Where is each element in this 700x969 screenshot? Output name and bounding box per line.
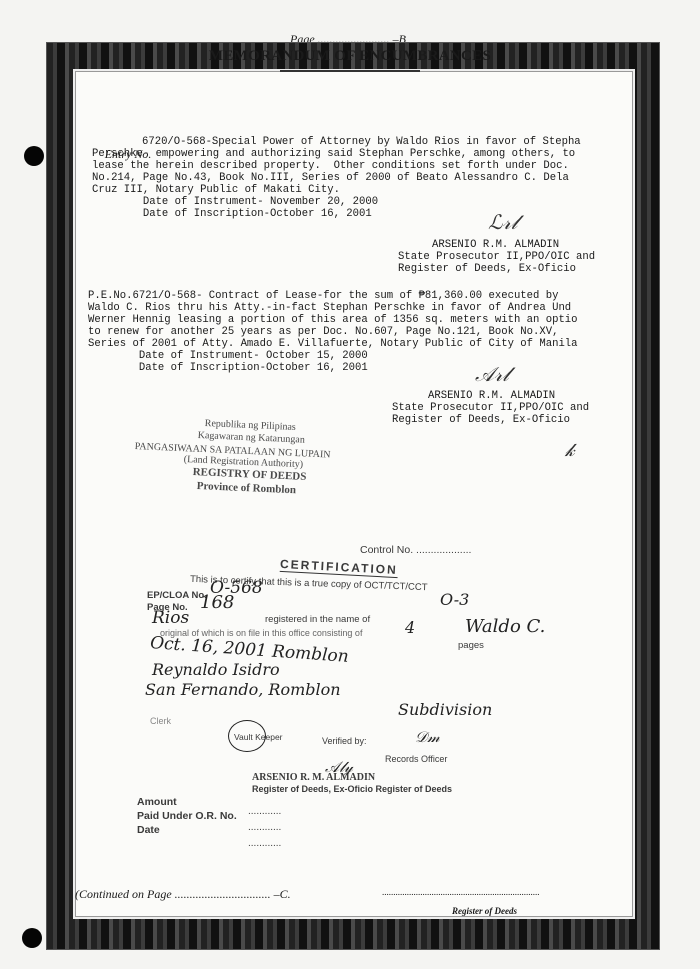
entry-1-line-5: Date of Instrument- November 20, 2000 [92, 196, 378, 209]
registrar-signature: 𝒜𝓁𝓎 [325, 758, 353, 776]
entry-1-line-6: Date of Inscription-October 16, 2001 [92, 208, 372, 221]
entry-2-line-4: Series of 2001 of Atty. Amado E. Villafu… [88, 338, 578, 351]
date-dots: ............ [248, 838, 281, 849]
entry-2-line-1: Waldo C. Rios thru his Atty.-in-fact Ste… [88, 302, 571, 315]
continued-suffix: –C. [274, 887, 291, 901]
entry-1-line-4: Cruz III, Notary Public of Makati City. [92, 184, 340, 197]
cert-pages-value: 4 [405, 618, 415, 637]
amount-label: Amount [137, 796, 177, 808]
register-of-deeds-label: Register of Deeds [452, 906, 517, 916]
verified-label: Verified by: [322, 736, 367, 746]
entry-1-line-2: lease the herein described property. Oth… [92, 160, 569, 173]
entry-1-line-3: No.214, Page No.43, Book No.III, Series … [92, 172, 569, 185]
hand-place: San Fernando, Romblon [145, 680, 341, 699]
signatory-2-name: ARSENIO R.M. ALMADIN [428, 390, 555, 403]
initials-mark: 𝓀 [565, 440, 575, 461]
signatory-1-name: ARSENIO R.M. ALMADIN [432, 239, 559, 252]
cert-epcloa-label: EP/CLOA No. [147, 590, 207, 601]
verified-signature: 𝒟𝓂 [415, 728, 440, 746]
entry-2-line-0: P.E.No.6721/O-568- Contract of Lease-for… [88, 290, 558, 303]
signatory-2-title2: Register of Deeds, Ex-Oficio [392, 414, 570, 427]
records-officer-label: Records Officer [385, 754, 447, 764]
continued-label: (Continued on Page [75, 887, 172, 901]
registrar-name: ARSENIO R. M. ALMADIN [252, 772, 375, 783]
cert-line-4: registered in the name of [265, 614, 370, 625]
signatory-1-title1: State Prosecutor II,PPO/OIC and [398, 251, 595, 264]
signature-2: 𝒜𝓇𝓁 [475, 362, 509, 386]
entry-2-line-5: Date of Instrument- October 15, 2000 [88, 350, 368, 363]
cert-book-value: O-3 [440, 590, 469, 609]
continued-on-page: (Continued on Page .....................… [75, 887, 291, 902]
hand-purpose: Subdivision [398, 700, 492, 719]
cert-name2: Rios [152, 608, 189, 628]
entry-2-line-3: to renew for another 25 years as per Doc… [88, 326, 558, 339]
date-label: Date [137, 824, 160, 836]
punch-hole-top [24, 146, 44, 166]
continued-dots: ................................ [175, 887, 271, 901]
control-no: Control No. ................... [360, 544, 471, 556]
entry-2-line-6: Date of Inscription-October 16, 2001 [88, 362, 368, 375]
signatory-1-title2: Register of Deeds, Ex-Oficio [398, 263, 576, 276]
vault-keeper-label: Vault Keeper [234, 732, 283, 742]
cert-pages-label: pages [458, 640, 484, 651]
cert-registered-name: Waldo C. [465, 616, 545, 637]
hand-name: Reynaldo Isidro [152, 660, 280, 679]
entry-1-line-1: Perschke- empowering and authorizing sai… [92, 148, 575, 161]
punch-hole-bottom [22, 928, 42, 948]
title-underline [280, 70, 420, 72]
signatory-2-title1: State Prosecutor II,PPO/OIC and [392, 402, 589, 415]
signature-1: ℒ𝓇𝓁 [488, 210, 517, 234]
cert-page-value: 168 [200, 592, 234, 613]
signature-line: ........................................… [382, 887, 540, 897]
paid-dots: ............ [248, 822, 281, 833]
clerk-label: Clerk [150, 716, 171, 726]
amount-dots: ............ [248, 806, 281, 817]
document-title: MEMORANDUM OF ENCUMBRANCES [0, 48, 700, 65]
registrar-title: Register of Deeds, Ex-Oficio Register of… [252, 784, 452, 794]
paid-under-label: Paid Under O.R. No. [137, 810, 237, 822]
entry-2-line-2: Werner Hennig leasing a portion of this … [88, 314, 578, 327]
entry-1-line-0: 6720/O-568-Special Power of Attorney by … [142, 136, 581, 149]
